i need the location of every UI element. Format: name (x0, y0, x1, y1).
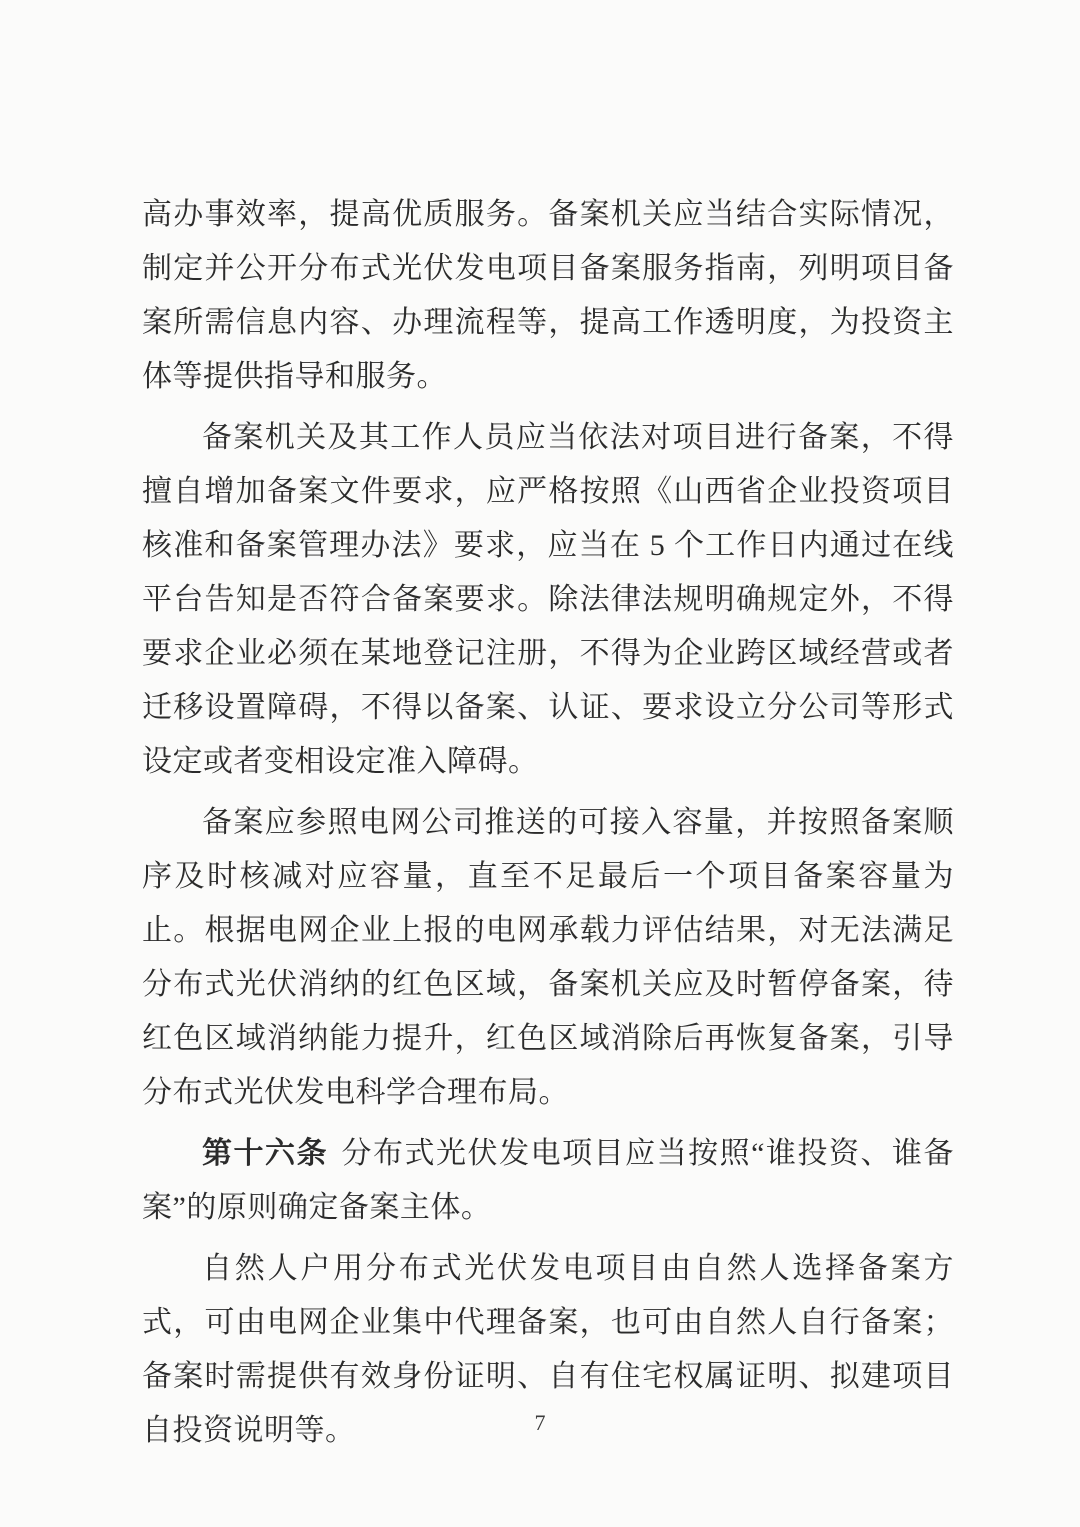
paragraph: 高办事效率，提高优质服务。备案机关应当结合实际情况，制定并公开分布式光伏发电项目… (142, 188, 954, 404)
article-number: 第十六条 (202, 1137, 328, 1170)
paragraph: 备案机关及其工作人员应当依法对项目进行备案，不得擅自增加备案文件要求，应严格按照… (142, 411, 954, 789)
document-page: 高办事效率，提高优质服务。备案机关应当结合实际情况，制定并公开分布式光伏发电项目… (0, 0, 1080, 1527)
paragraph: 第十六条分布式光伏发电项目应当按照“谁投资、谁备案”的原则确定备案主体。 (142, 1127, 954, 1235)
page-number: 7 (0, 1408, 1080, 1438)
paragraph-text: 高办事效率，提高优质服务。备案机关应当结合实际情况，制定并公开分布式光伏发电项目… (142, 198, 954, 393)
paragraph-text: 备案应参照电网公司推送的可接入容量，并按照备案顺序及时核减对应容量，直至不足最后… (142, 806, 954, 1109)
paragraph: 备案应参照电网公司推送的可接入容量，并按照备案顺序及时核减对应容量，直至不足最后… (142, 796, 954, 1120)
paragraph-text: 备案机关及其工作人员应当依法对项目进行备案，不得擅自增加备案文件要求，应严格按照… (142, 421, 954, 778)
document-body: 高办事效率，提高优质服务。备案机关应当结合实际情况，制定并公开分布式光伏发电项目… (142, 188, 954, 1465)
